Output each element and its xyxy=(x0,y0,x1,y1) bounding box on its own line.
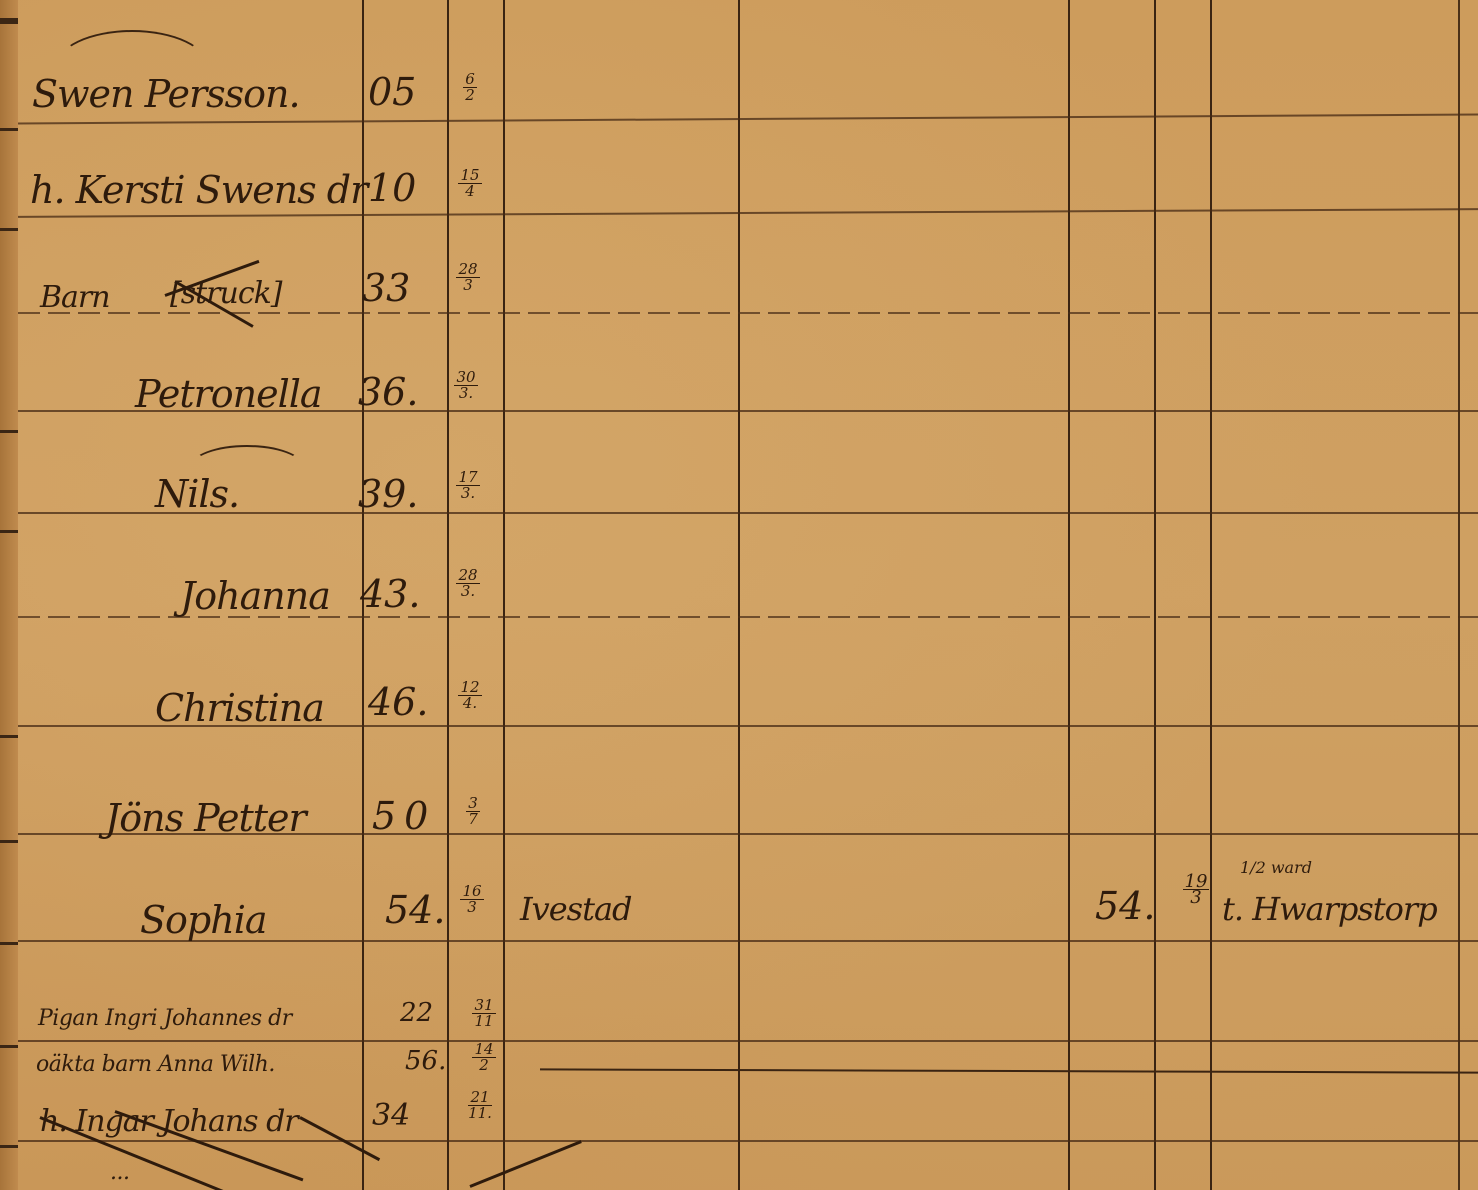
birth-year: 34 xyxy=(372,1098,410,1133)
person-name: Petronella xyxy=(135,372,322,416)
birthplace: Ivestad xyxy=(520,890,632,928)
row-rule xyxy=(18,1040,1478,1042)
birth-date: 16 3 xyxy=(454,884,490,915)
birth-year: 05 xyxy=(368,70,416,114)
moved-destination: t. Hwarpstorp xyxy=(1222,890,1437,928)
edge-tick xyxy=(0,228,18,231)
birth-year: 33 xyxy=(362,266,410,310)
edge-tick xyxy=(0,942,18,945)
edge-tick xyxy=(0,735,18,738)
birth-date: 17 3. xyxy=(450,470,486,501)
row-rule xyxy=(18,1140,1478,1142)
birth-date: 14 2 xyxy=(466,1042,502,1073)
sub-note: ... xyxy=(110,1160,129,1185)
column-rule xyxy=(1154,0,1156,1190)
person-name: Swen Persson. xyxy=(32,72,300,116)
strike-mark xyxy=(299,1116,380,1161)
dash-line-entry xyxy=(540,1068,1478,1073)
column-rule xyxy=(1210,0,1212,1190)
birth-date: 28 3 xyxy=(450,262,486,293)
column-rule xyxy=(1458,0,1460,1190)
column-rule xyxy=(1068,0,1070,1190)
strike-mark xyxy=(469,1140,581,1188)
birth-date: 6 2 xyxy=(452,72,488,103)
birth-year: 22 xyxy=(400,998,433,1028)
person-name: Sophia xyxy=(140,898,267,942)
struck-word: [struck] xyxy=(170,276,282,311)
birth-year: 46. xyxy=(368,680,428,724)
edge-tick xyxy=(0,840,18,843)
birth-year: 39. xyxy=(358,472,418,516)
edge-tick xyxy=(0,530,18,533)
column-rule xyxy=(503,0,505,1190)
edge-tick xyxy=(0,18,18,24)
birth-date: 21 11. xyxy=(462,1090,498,1121)
row-rule xyxy=(18,312,1478,314)
edge-tick xyxy=(0,1145,18,1148)
birth-date: 28 3. xyxy=(450,568,486,599)
page-binding-edge xyxy=(0,0,18,1190)
person-name: Johanna xyxy=(180,574,330,618)
birth-year: 10 xyxy=(368,166,416,210)
edge-tick xyxy=(0,430,18,433)
person-name: oäkta barn Anna Wilh. xyxy=(36,1052,275,1077)
birth-year: 54. xyxy=(385,888,445,932)
birth-date: 31 11 xyxy=(466,998,502,1029)
person-name: Christina xyxy=(155,686,324,730)
column-rule xyxy=(447,0,449,1190)
edge-tick xyxy=(0,1045,18,1048)
person-name: Pigan Ingri Johannes dr xyxy=(38,1006,292,1031)
birth-date: 30 3. xyxy=(448,370,484,401)
moved-year: 54. xyxy=(1095,884,1155,928)
column-rule xyxy=(738,0,740,1190)
person-name: Barn xyxy=(40,280,110,315)
birth-year: 43. xyxy=(360,572,420,616)
birth-year: 50 xyxy=(372,794,436,838)
birth-year: 36. xyxy=(358,370,418,414)
moved-date: 19 3 xyxy=(1178,874,1214,905)
birth-date: 3 7 xyxy=(455,796,491,827)
moved-note: 1/2 ward xyxy=(1240,858,1312,877)
person-name: h. Kersti Swens dr xyxy=(30,168,367,212)
birth-date: 15 4 xyxy=(452,168,488,199)
edge-tick xyxy=(0,128,18,131)
ledger-page: Swen Persson. 05 6 2 h. Kersti Swens dr … xyxy=(0,0,1478,1190)
person-name: Nils. xyxy=(155,472,239,516)
person-name: Jöns Petter xyxy=(105,796,306,840)
birth-date: 12 4. xyxy=(452,680,488,711)
birth-year: 56. xyxy=(405,1046,446,1076)
